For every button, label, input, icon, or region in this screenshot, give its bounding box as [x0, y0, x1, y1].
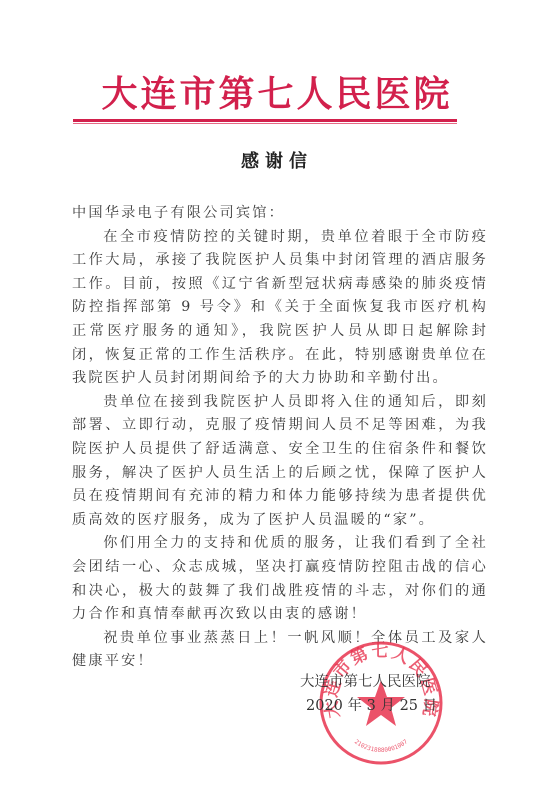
signature-organization: 大连市第七人民医院: [300, 670, 470, 694]
letterhead-organization: 大连市第七人民医院: [0, 66, 554, 117]
paragraph-1: 在全市疫情防控的关键时期，贵单位着眼于全市防疫工作大局，承接了我院医护人员集中封…: [72, 226, 488, 391]
paragraph-2: 贵单位在接到我院医护人员即将入住的通知后，即刻部署、立即行动，克服了疫情期间人员…: [72, 391, 488, 533]
paragraph-3: 你们用全力的支持和优质的服务，让我们看到了全社会团结一心、众志成城，坚决打赢疫情…: [72, 532, 488, 626]
seal-code: 2102318880001007: [353, 738, 409, 754]
signature-block: 大连市第七人民医院 2020 年 3 月 25 日: [300, 670, 470, 718]
signature-date: 2020 年 3 月 25 日: [306, 694, 470, 718]
letterhead-rule: [73, 119, 457, 122]
letter-title: 感谢信: [0, 147, 554, 173]
salutation: 中国华录电子有限公司宾馆：: [72, 202, 488, 226]
letter-body: 中国华录电子有限公司宾馆： 在全市疫情防控的关键时期，贵单位着眼于全市防疫工作大…: [72, 202, 488, 674]
letterhead-rule-thin: [73, 123, 457, 124]
svg-text:2102318880001007: 2102318880001007: [353, 738, 409, 754]
